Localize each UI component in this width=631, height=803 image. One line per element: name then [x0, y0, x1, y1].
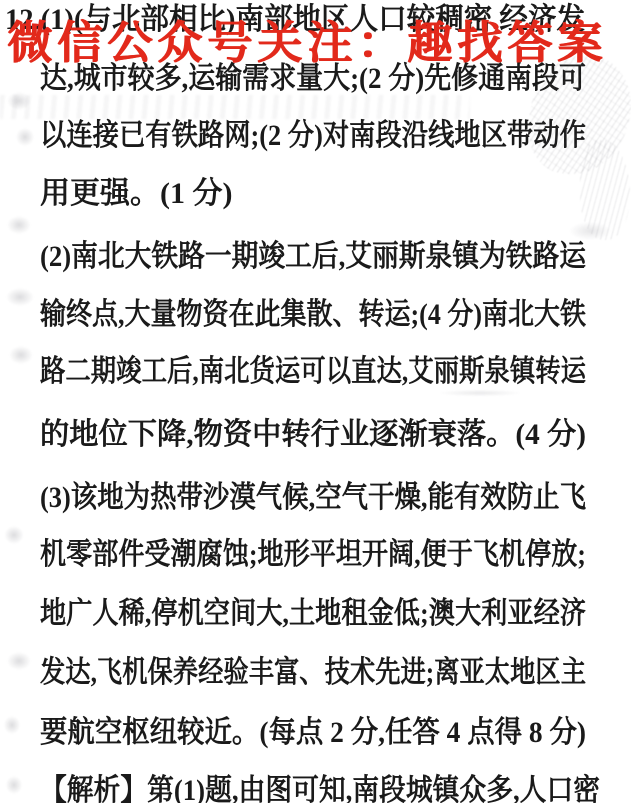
- scan-artifact-speck: [12, 124, 38, 150]
- scan-artifact-speck: [2, 772, 26, 798]
- answer-line: 要航空枢纽较近。(每点 2 分,任答 4 点得 8 分): [40, 716, 586, 750]
- answer-line: 【解析】第(1)题,由图可知,南段城镇众多,人口密: [40, 774, 600, 803]
- answer-line: 机零部件受潮腐蚀;地形平坦开阔,便于飞机停放;: [40, 538, 586, 572]
- scan-artifact-band: [0, 95, 470, 119]
- scan-artifact-speck: [0, 522, 28, 548]
- scan-artifact-speck: [2, 212, 36, 238]
- scan-artifact-speck: [4, 342, 38, 368]
- scanned-answer-page: 12.(1)(与北部相比)南部地区人口较稠密,经济发 达,城市较多,运输需求量大…: [0, 0, 631, 803]
- answer-line: (3)该地为热带沙漠气候,空气干燥,能有效防止飞: [40, 481, 586, 515]
- answer-line: 发达,飞机保养经验丰富、技术先进;离亚太地区主: [40, 656, 586, 690]
- answer-line: 路二期竣工后,南北货运可以直达,艾丽斯泉镇转运: [40, 355, 586, 389]
- scan-artifact-speck: [420, 388, 540, 398]
- answer-line: 输终点,大量物资在此集散、转运;(4 分)南北大铁: [40, 298, 586, 332]
- scan-artifact-hatch: [580, 140, 630, 240]
- answer-line: 的地位下降,物资中转行业逐渐衰落。(4 分): [40, 418, 586, 452]
- scan-artifact-speck: [2, 88, 36, 114]
- answer-line: 以连接已有铁路网;(2 分)对南段沿线地区带动作: [40, 119, 586, 153]
- answer-line: 地广人稀,停机空间大,土地租金低;澳大利亚经济: [40, 597, 586, 631]
- scan-artifact-speck: [0, 712, 24, 738]
- scan-artifact-speck: [0, 284, 40, 310]
- scan-artifact-speck: [2, 648, 36, 674]
- answer-line: 用更强。(1 分): [40, 177, 232, 211]
- watermark-text: 微信公众号关注：趣找答案: [7, 20, 607, 65]
- answer-line: (2)南北大铁路一期竣工后,艾丽斯泉镇为铁路运: [40, 240, 586, 274]
